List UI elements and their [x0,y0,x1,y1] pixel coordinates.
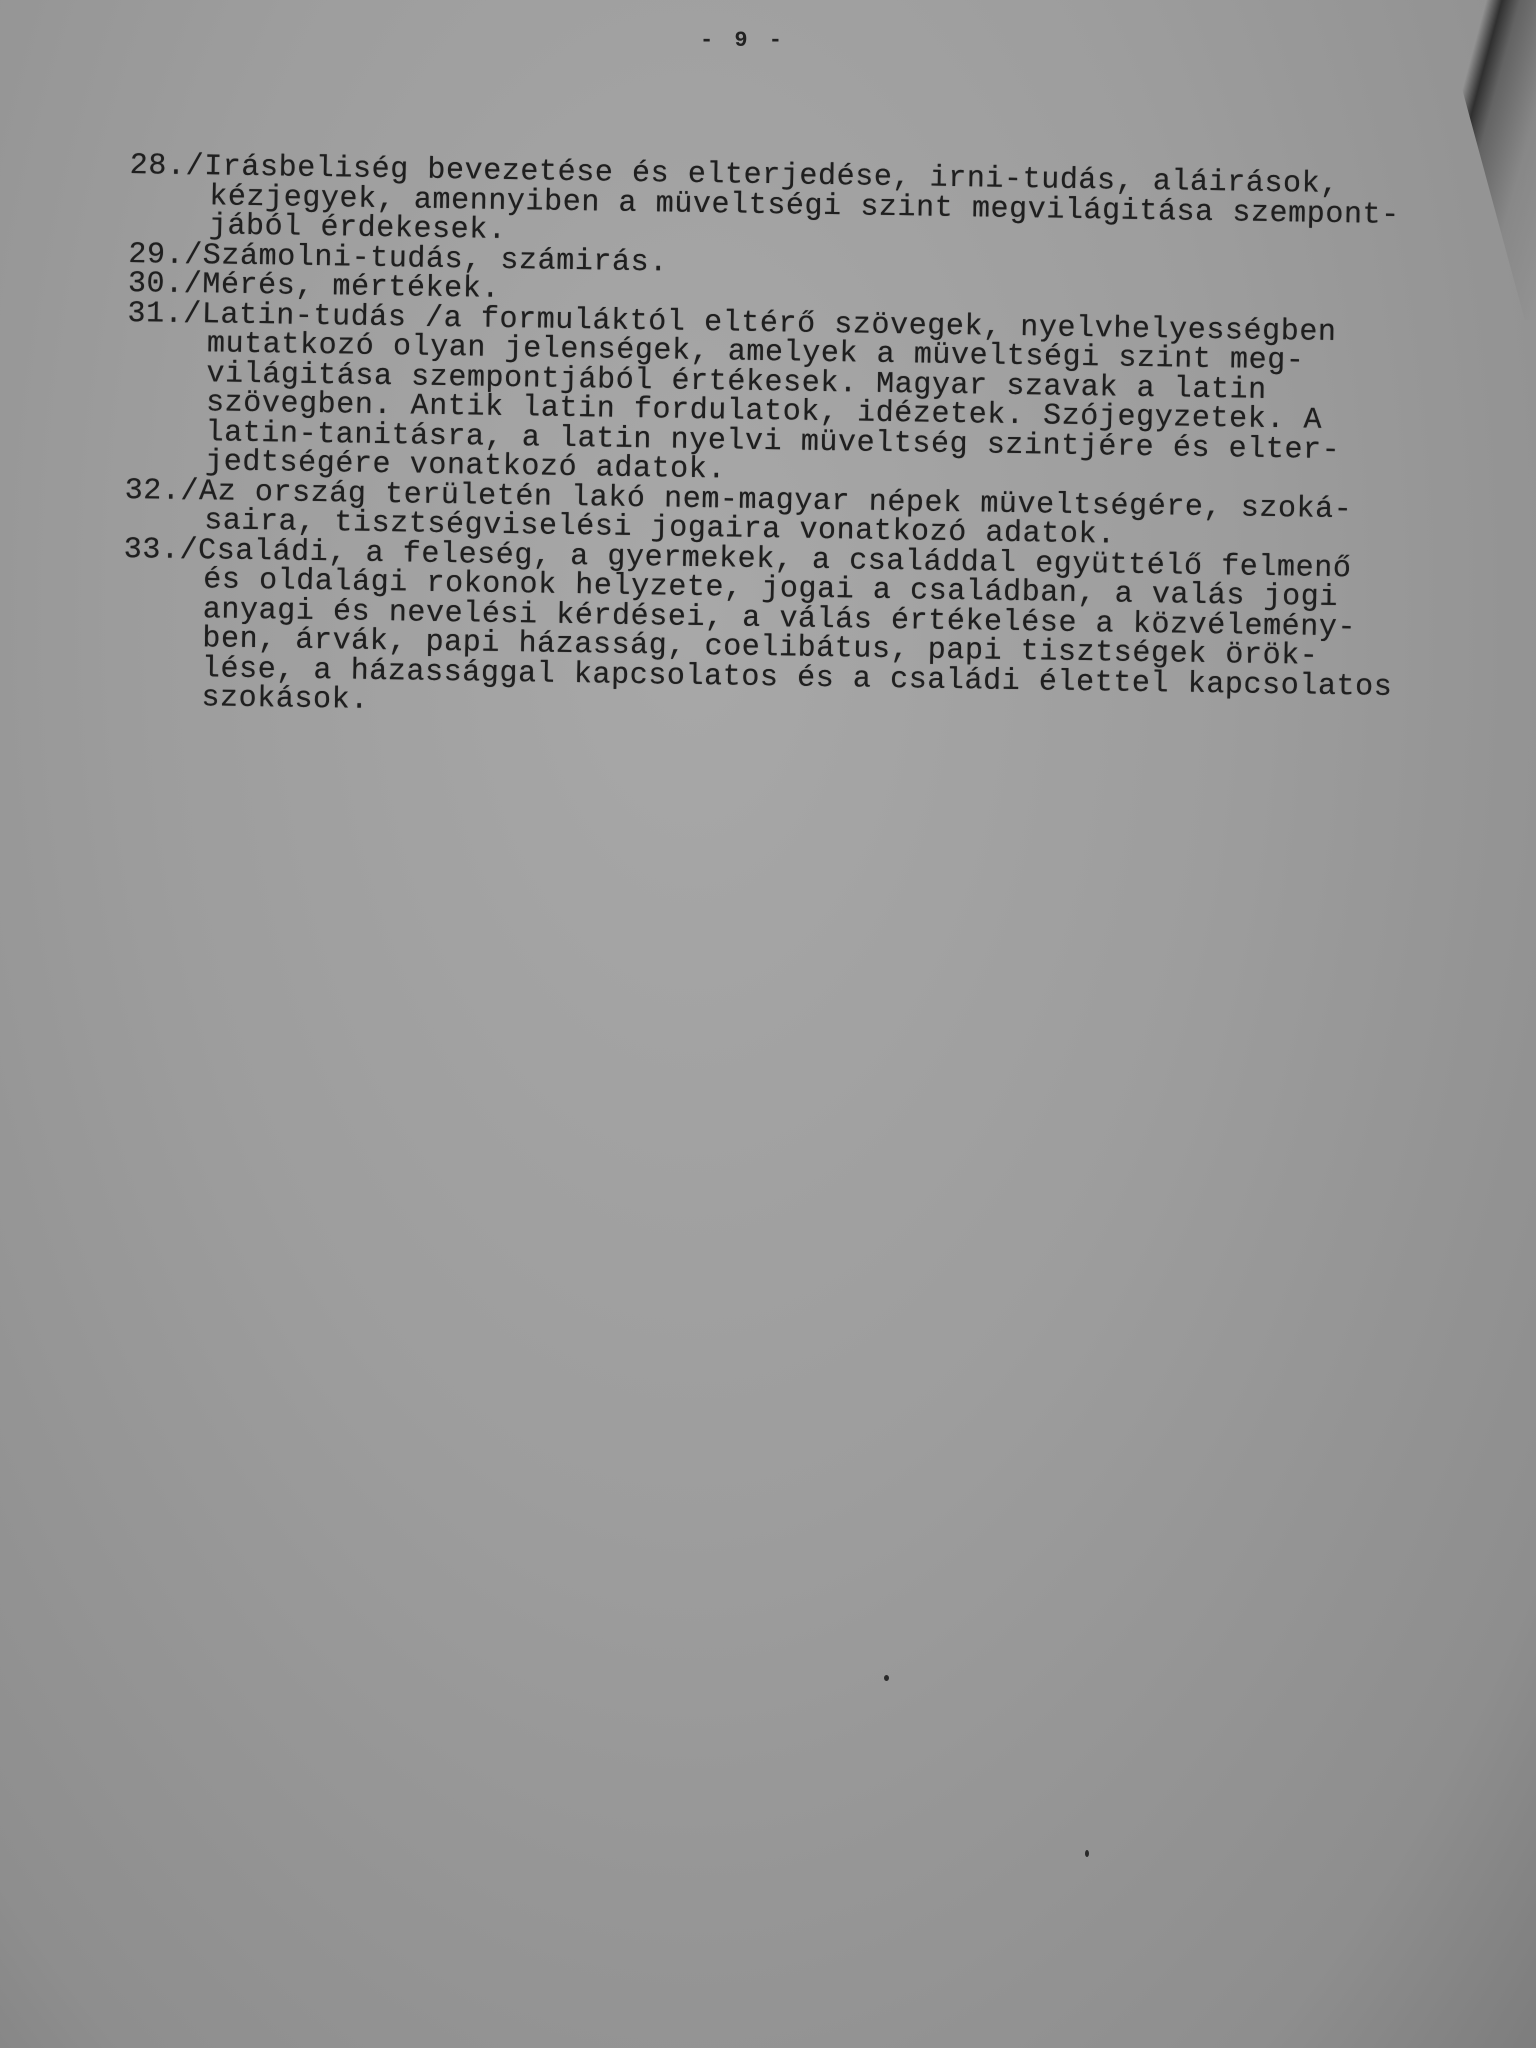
item-number: 31./ [127,296,202,331]
list-item-33: 33./Családi, a feleség, a gyermekek, a c… [121,535,1504,734]
item-number: 28./ [130,149,205,184]
paper-speck [1085,1850,1089,1857]
paper-speck [884,1675,889,1681]
typed-text-block: 28./Irásbeliség bevezetése és elterjedés… [121,152,1510,734]
item-number: 33./ [123,532,198,567]
document-page: - 9 - 28./Irásbeliség bevezetése és elte… [0,0,1536,2048]
item-number: 32./ [124,473,199,508]
page-number: - 9 - [700,28,786,53]
list-item-31: 31./Latin-tudás /a formuláktól eltérő sz… [125,299,1508,498]
